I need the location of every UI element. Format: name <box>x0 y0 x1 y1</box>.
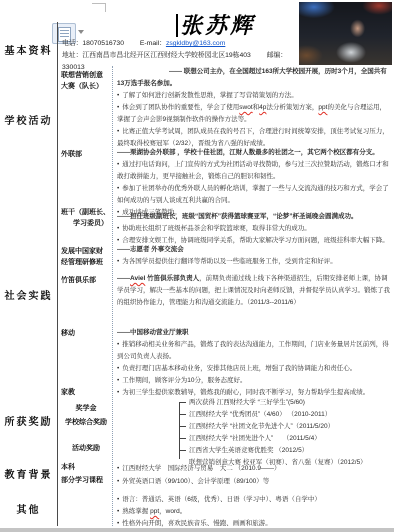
block-class-duty: ——担任班级副班长，班级“国贸杯”获得篮球赛亚军，“论梦”杯圣诞晚会圆满成功。 … <box>117 211 390 247</box>
spellcheck-word: Aviel <box>130 275 145 282</box>
sublabel-line: 学习委员） <box>61 218 111 229</box>
intro-dash: —— <box>117 275 130 282</box>
bullet-icon: • <box>117 496 119 503</box>
zip-label: 邮编： <box>267 52 287 59</box>
page-bottom-edge <box>0 528 394 532</box>
bullet-icon: • <box>117 128 119 135</box>
address-value: 江西南昌市昌北经开区江西财经大学蛟桥园北区19栋403 <box>82 52 250 59</box>
bullet-icon: • <box>117 478 119 485</box>
email-link[interactable]: zsgkldby@163.com <box>166 40 225 47</box>
sublabel-lenovo-contest: 联想营销创意 大赛（队长） <box>61 70 111 92</box>
award-item: 江西财经大学 “社团先进个人” （2011/5/4） <box>179 433 390 445</box>
bullet-icon: • <box>117 104 119 111</box>
section-title-basic: 基本资料 <box>0 42 57 57</box>
bullet-item: •参加了社团举办的优秀外联人员的孵化培训，掌握了一些与人交流沟通的技巧和方式，学… <box>117 183 390 207</box>
block-intro: ——Aviel 竹笛俱乐部负责人，前期负责通过线上线下各种渠道招生，后期安排老师… <box>117 273 390 309</box>
sublabel-flute-club: 竹笛俱乐部 <box>61 275 111 286</box>
sublabel-liaison-dept: 外联部 <box>61 149 111 160</box>
sublabel-courses: 部分学习课程 <box>61 475 111 486</box>
block-seminar: ——志愿者 外事交流会 •为各国学员提供住行翻译等帮助以及一些临班服务工作，受到… <box>117 244 390 268</box>
block-intro: ——栗湖协会外联部 ，学校十佳社团，江财人数最多的社团之一，其它两个校区都有分支… <box>117 147 390 159</box>
bullet-icon: • <box>117 161 119 168</box>
sublabel-undergraduate: 本科 <box>61 462 111 473</box>
bullet-icon: • <box>117 237 119 244</box>
bullet-item: •负责打理门店基本移动业务，安排其他店员上班，增强了我的协调能力和责任心。 <box>117 363 390 375</box>
bullet-icon: • <box>117 92 119 99</box>
bullet-icon: • <box>117 465 119 472</box>
sublabel-line: 发展中国家财 <box>61 248 103 255</box>
text-cursor <box>176 14 178 37</box>
sublabel-line: 联想营销创意 <box>61 72 103 79</box>
spellcheck-word: ppt <box>150 508 159 515</box>
bullet-icon: • <box>117 508 119 515</box>
spellcheck-word: swot <box>239 104 252 111</box>
phone-value: 18070516730 <box>82 40 124 47</box>
bullet-text: 负责打理门店基本移动业务，安排其他店员上班，增强了我的协调能力和责任心。 <box>122 365 356 372</box>
content-column-divider <box>112 66 113 526</box>
sublabel-line: 经管理研修班 <box>61 257 111 268</box>
intro-bold-text: 竹笛俱乐部负责人 <box>145 275 199 282</box>
bullet-icon: • <box>117 377 119 384</box>
award-item: 江西财经大学 “社团文化节先进个人”（2011/5/20） <box>179 421 390 433</box>
section-title-awards: 所获奖励 <box>0 413 57 428</box>
block-education: •江西财经大学 国际经济与贸易 大二 （2010.9——） •外贸英语口语（99… <box>117 462 390 488</box>
bullet-item: •体会到了团队协作的重要性，学会了使用swot和4p法分析策划方案，ppt的美化… <box>117 102 390 126</box>
sublabel-scholarship: 奖学金 <box>61 403 111 414</box>
bullet-item: •了解了如何进行创新发散性思维，掌握了写营销策划的方法。 <box>117 90 390 102</box>
bullet-text: 通过打电话询问，上门宣传的方式为社团活动寻找赞助，参与过三次拉赞助活动，锻炼口才… <box>117 161 389 180</box>
bullet-text: 工作期间，顾客评分为10分，服务态度好。 <box>122 377 246 384</box>
block-mobile-job: ——中国移动营业厅兼职 •推销移动相关业务和产品，锻炼了我的表达沟通能力，工作期… <box>117 327 390 387</box>
bullet-text: ，word。 <box>159 508 186 515</box>
margin-crop-mark <box>92 3 106 12</box>
bullet-text: 推销移动相关业务和产品，锻炼了我的表达沟通能力，工作期间，门店业务量居片区前列，… <box>117 341 389 360</box>
email-label: E-mail： <box>140 40 166 47</box>
sublabel-line: 班干（副班长、 <box>61 209 110 216</box>
bullet-icon: • <box>117 520 119 527</box>
section-title-other: 其他 <box>0 501 57 516</box>
block-other: •语言：普通话、英语（6级，优秀）、日语（学习中）、粤语（自学中） •熟练掌握 … <box>117 494 390 530</box>
contact-row-1: 电话：18070516730 E-mail：zsgkldby@163.com <box>62 38 298 50</box>
sublabel-seminar: 发展中国家财 经管理研修班 <box>61 246 111 268</box>
bullet-text: 合理安排文娱工作，协调班级同学关系，帮助大家解决学习方面问题，班级挂科率大幅下降… <box>122 237 389 244</box>
bullet-text: 外贸英语口语（99/100）、会计学原理（89/100）等 <box>122 478 269 485</box>
bullet-item: •通过打电话询问，上门宣传的方式为社团活动寻找赞助，参与过三次拉赞助活动，锻炼口… <box>117 159 390 183</box>
bullet-item: •语言：普通话、英语（6级，优秀）、日语（学习中）、粤语（自学中） <box>117 494 390 506</box>
bullet-item: •熟练掌握 ppt，word。 <box>117 506 390 518</box>
sublabel-line: 大赛（队长） <box>61 81 111 92</box>
bullet-text: 为初三学生提供家教辅导，锻炼我的耐心，同时我不断学习，努力帮助学生提高成绩。 <box>122 389 369 396</box>
phone-label: 电话： <box>62 40 82 47</box>
bullet-item: •协助班长组织了班级杯品茶会和学院篮球赛，取得非常大的成功。 <box>117 223 390 235</box>
bullet-text: 体会到了团队协作的重要性，学会了使用 <box>122 104 239 111</box>
profile-photo <box>299 2 392 65</box>
bullet-text: 参加了社团举办的优秀外联人员的孵化培训，掌握了一些与人交流沟通的技巧和方式，学会… <box>117 185 389 204</box>
bullet-icon: • <box>117 185 119 192</box>
label-column-divider <box>57 22 58 526</box>
bullet-text: 协助班长组织了班级杯品茶会和学院篮球赛，取得非常大的成功。 <box>122 225 311 232</box>
award-item: 江西财经大学 “优秀团员”（4/60） （2010-2011） <box>179 409 390 421</box>
block-intro: —— 联想公司主办，在全国超过163所大学校园开展，历时3个月，全国共有13万选… <box>117 66 390 90</box>
bullet-text: 比赛正值大学考试周，团队成员在我的号召下，合理进行时间统筹安排，顶住考试复习压力… <box>117 128 389 147</box>
bullet-text: 法分析策划方案， <box>266 104 318 111</box>
bullet-item: •外贸英语口语（99/100）、会计学原理（89/100）等 <box>117 475 390 488</box>
award-item: 江西省大学生英语竞赛优胜奖 （2012/5） <box>179 445 390 457</box>
bullet-icon: • <box>117 258 119 265</box>
bullet-text: 了解了如何进行创新发散性思维，掌握了写营销策划的方法。 <box>122 92 298 99</box>
bullet-icon: • <box>117 365 119 372</box>
bullet-icon: • <box>117 225 119 232</box>
sublabel-tutor: 家教 <box>61 387 111 398</box>
sublabel-school-awards: 学校综合奖励 <box>61 417 111 428</box>
dropdown-arrow-icon[interactable] <box>78 30 84 34</box>
block-liaison-dept: ——栗湖协会外联部 ，学校十佳社团，江财人数最多的社团之一，其它两个校区都有分支… <box>117 147 390 219</box>
sublabel-class-duty: 班干（副班长、 学习委员） <box>61 207 111 229</box>
bullet-icon: • <box>117 389 119 396</box>
block-intro: ——担任班级副班长，班级“国贸杯”获得篮球赛亚军，“论梦”杯圣诞晚会圆满成功。 <box>117 211 390 223</box>
bullet-item: •江西财经大学 国际经济与贸易 大二 （2010.9——） <box>117 462 390 475</box>
section-title-practice: 社会实践 <box>0 287 57 302</box>
bullet-item: •推销移动相关业务和产品，锻炼了我的表达沟通能力，工作期间，门店业务量居片区前列… <box>117 339 390 363</box>
bullet-item: •工作期间，顾客评分为10分，服务态度好。 <box>117 375 390 387</box>
resume-name: 张苏辉 <box>180 9 255 40</box>
bullet-text: 性格外向开朗，喜欢民族音乐、慢跑、画画和旅游。 <box>122 520 272 527</box>
bullet-text: 语言：普通话、英语（6级，优秀）、日语（学习中）、粤语（自学中） <box>122 496 321 503</box>
block-flute-club: ——Aviel 竹笛俱乐部负责人，前期负责通过线上线下各种渠道招生，后期安排老师… <box>117 273 390 309</box>
block-intro: ——志愿者 外事交流会 <box>117 244 390 256</box>
bullet-text: 江西财经大学 国际经济与贸易 大二 （2010.9——） <box>122 465 280 472</box>
bullet-icon: • <box>117 341 119 348</box>
bullet-text: 为各国学员提供住行翻译等帮助以及一些临班服务工作，受到肯定和好评。 <box>122 258 337 265</box>
awards-list: 两次获得 江西财经大学 “三好学生”(5/60) 江西财经大学 “优秀团员”（4… <box>179 397 390 469</box>
award-item: 两次获得 江西财经大学 “三好学生”(5/60) <box>179 397 390 409</box>
document-page[interactable]: 张苏辉 电话：18070516730 E-mail：zsgkldby@163.c… <box>0 0 394 532</box>
sublabel-mobile: 移动 <box>61 328 111 339</box>
section-title-school: 学校活动 <box>0 112 57 127</box>
bullet-item: •为各国学员提供住行翻译等帮助以及一些临班服务工作，受到肯定和好评。 <box>117 256 390 268</box>
section-title-education: 教育背景 <box>0 466 57 481</box>
bullet-text: 熟练掌握 <box>122 508 150 515</box>
block-intro: ——中国移动营业厅兼职 <box>117 327 390 339</box>
block-lenovo-contest: —— 联想公司主办，在全国超过163所大学校园开展，历时3个月，全国共有13万选… <box>117 66 390 150</box>
address-label: 地址： <box>62 52 82 59</box>
sublabel-activity-awards: 活动奖励 <box>61 443 111 454</box>
